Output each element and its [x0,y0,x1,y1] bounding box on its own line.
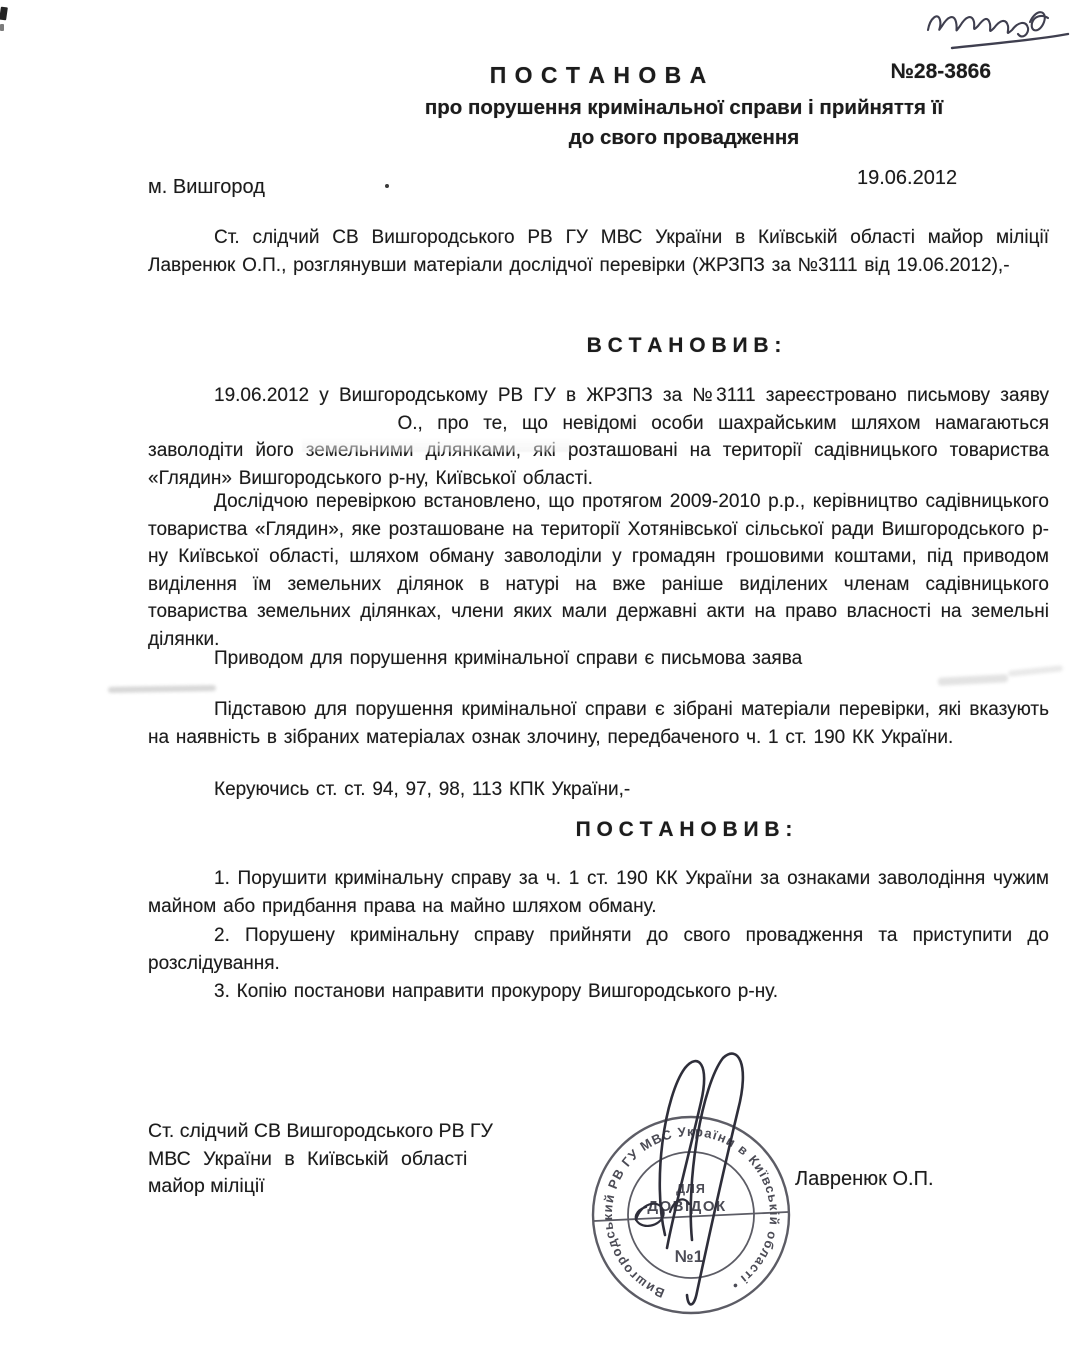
document-page: П О С Т А Н О В А №28-3866 про порушення… [0,0,1072,1366]
established-paragraph-1a: 19.06.2012 у Вишгородському РВ ГУ в ЖРЗП… [214,385,1049,406]
redacted-name-gap [148,428,383,429]
signatory-position-line3: майор міліції [148,1173,508,1201]
established-paragraph-5: Керуючись ст. ст. 94, 97, 98, 113 КПК Ук… [148,776,1049,804]
signatory-block: Ст. слідчий СВ Вишгородського РВ ГУ МВС … [148,1118,508,1201]
handwritten-scribble [918,0,1072,52]
established-paragraph-2: Дослідчою перевіркою встановлено, що про… [148,488,1049,653]
scan-smudge [938,674,1008,686]
resolved-item-3: 3. Копію постанови направити прокурору В… [148,978,1049,1006]
resolved-item-2: 2. Порушену кримінальну справу прийняти … [148,922,1049,977]
scan-dot [385,184,389,188]
established-paragraph-3: Приводом для порушення кримінальної спра… [148,645,1049,673]
established-paragraph-4: Підставою для порушення кримінальної спр… [148,696,1049,751]
resolved-heading: П О С Т А Н О В И В : [148,818,1072,842]
signatory-name: Лавренюк О.П. [795,1168,934,1191]
scan-edge-mark [0,24,4,31]
city-label: м. Вишгород [148,176,265,199]
established-paragraph-1b: О., про те, що невідомі особи шахрайськи… [148,413,1049,489]
scan-smudge [108,685,216,693]
established-heading: В С Т А Н О В И В : [148,334,1072,358]
scan-edge-mark [0,7,8,21]
signatory-position-line1: Ст. слідчий СВ Вишгородського РВ ГУ [148,1118,508,1146]
stamp-inner-line3: №1 [675,1247,703,1266]
date-label: 19.06.2012 [857,167,957,190]
handwriting-underline [952,34,1068,48]
signatory-position-line2: МВС України в Київській області [148,1146,508,1174]
handwriting-stroke [928,16,1028,36]
official-stamp: Вишгородський РВ ГУ МВС України в Київсь… [570,1040,800,1340]
established-paragraph-1: 19.06.2012 у Вишгородському РВ ГУ в ЖРЗП… [148,382,1049,492]
doc-number: №28-3866 [891,60,991,84]
intro-paragraph: Ст. слідчий СВ Вишгородського РВ ГУ МВС … [148,224,1049,279]
handwriting-stroke [1030,12,1048,30]
doc-subtitle-line2: до свого провадження [148,126,1072,150]
header-row: П О С Т А Н О В А №28-3866 [148,62,1049,89]
doc-subtitle-line1: про порушення кримінальної справи і прий… [148,96,1072,120]
resolved-item-1: 1. Порушити кримінальну справу за ч. 1 с… [148,865,1049,920]
